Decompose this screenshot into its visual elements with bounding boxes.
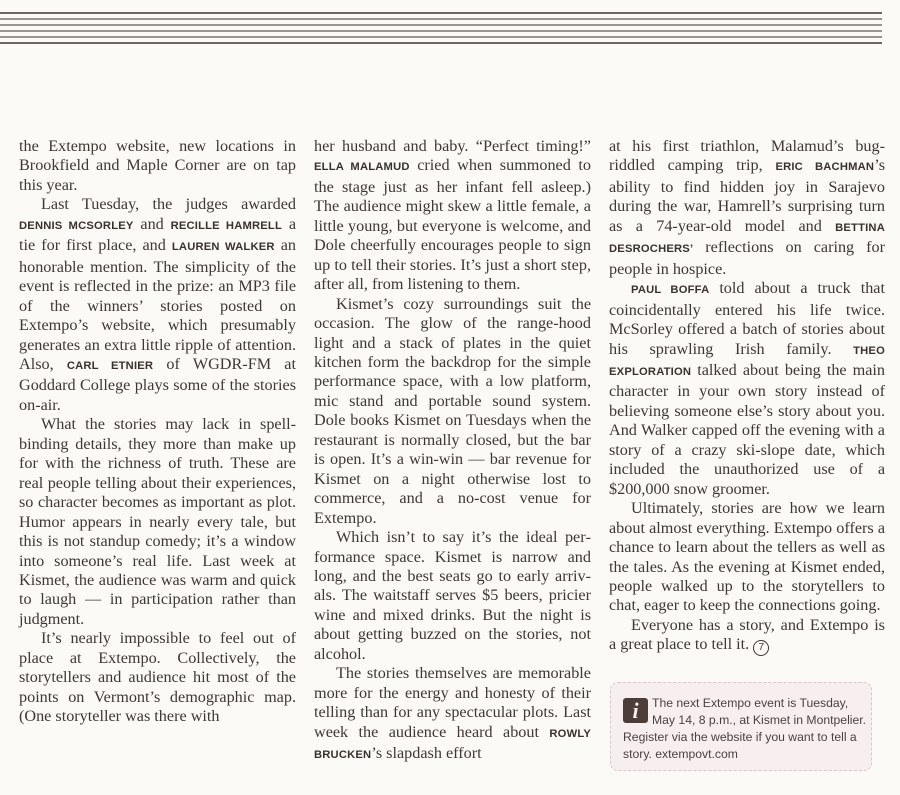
paragraph: It’s nearly impossible to feel out of pl… [19,629,296,726]
text: cried when summoned to the stage just as… [314,156,591,293]
rule-line [0,30,882,32]
event-info-text: The next Extempo event is Tuesday, May 1… [623,696,866,761]
person-name: PAUL BOFFA [631,284,709,296]
paragraph: Ultimately, stories are how we learn abo… [609,499,885,616]
person-name: CARL ETNIER [67,360,153,372]
paragraph: PAUL BOFFA told about a truck that coinc… [609,279,885,499]
text: talked about being the main character in… [609,361,885,498]
header-rules [0,12,882,48]
article-column-2: her husband and baby. “Perfect timing!” … [314,137,591,766]
paragraph: Everyone has a story, and Extempo is a g… [609,616,885,656]
text: Last Tuesday, the judges awarded [41,195,296,213]
person-name: ELLA MALAMUD [314,161,410,173]
paragraph: Last Tuesday, the judges awarded DENNIS … [19,195,296,415]
paragraph: Kismet’s cozy surroundings suit the occa… [314,295,591,528]
article-column-3: at his first triathlon, Malamud’s bug-ri… [609,137,885,656]
paragraph: What the stories may lack in spell­bindi… [19,415,296,629]
text: an honorable mention. The simplicity of … [19,236,296,373]
paragraph: at his first triathlon, Malamud’s bug-ri… [609,137,885,279]
end-of-article-mark-icon: 7 [753,640,769,656]
person-name: RECILLE HAMRELL [171,220,282,232]
rule-line [0,42,882,44]
rule-line [0,36,882,38]
text: her husband and baby. “Perfect timing!” [314,137,591,155]
text: and [134,215,171,233]
person-name: DENNIS MCSORLEY [19,220,134,232]
person-name: LAUREN WALKER [172,241,275,253]
paragraph: the Extempo website, new locations in Br… [19,137,296,195]
paragraph: The stories themselves are memo­rable mo… [314,664,591,765]
rule-line [0,18,882,20]
rule-line [0,24,882,26]
person-name: ERIC BACHMAN [775,161,874,173]
text: Everyone has a story, and Extempo is a g… [609,616,885,653]
event-info-box: i The next Extempo event is Tuesday, May… [610,682,872,771]
article-column-1: the Extempo website, new locations in Br… [19,137,296,727]
paragraph: her husband and baby. “Perfect timing!” … [314,137,591,295]
rule-line [0,12,882,14]
info-icon: i [623,698,648,723]
text: ’s slapdash effort [371,744,481,762]
paragraph: Which isn’t to say it’s the ideal per­fo… [314,528,591,664]
